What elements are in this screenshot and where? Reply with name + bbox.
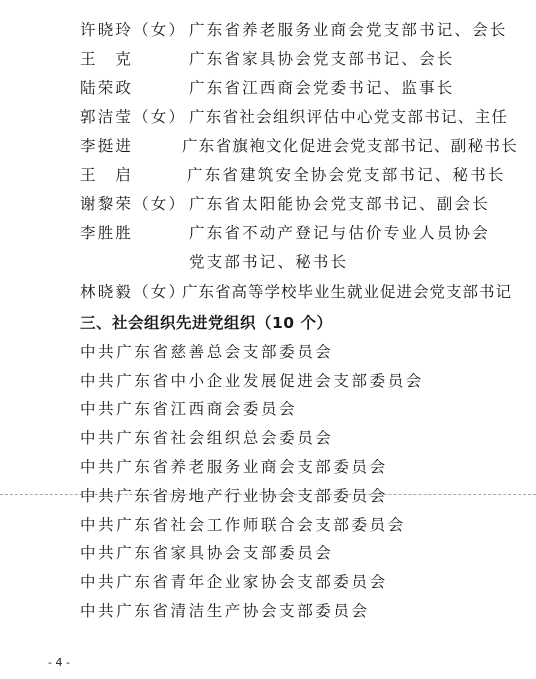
member-name: 王 克 <box>80 49 133 69</box>
member-title: 广东省不动产登记与估价专业人员协会 <box>189 223 490 243</box>
org-item: 中共广东省养老服务业商会支部委员会 <box>80 457 388 477</box>
org-item: 中共广东省青年企业家协会支部委员会 <box>80 572 388 592</box>
member-title: 广东省建筑安全协会党支部书记、秘书长 <box>187 165 506 185</box>
member-title: 广东省江西商会党委书记、监事长 <box>189 78 455 98</box>
member-title: 广东省高等学校毕业生就业促进会党支部书记 <box>182 282 512 302</box>
org-item: 中共广东省清洁生产协会支部委员会 <box>80 601 370 621</box>
document-page: 许晓玲（女） 广东省养老服务业商会党支部书记、会长 王 克 广东省家具协会党支部… <box>0 0 536 679</box>
org-item: 中共广东省房地产行业协会支部委员会 <box>80 486 388 506</box>
page-number: - 4 - <box>48 656 70 670</box>
org-item: 中共广东省社会工作师联合会支部委员会 <box>80 515 406 535</box>
member-title: 广东省社会组织评估中心党支部书记、主任 <box>189 107 508 127</box>
org-item: 中共广东省家具协会支部委员会 <box>80 543 333 563</box>
member-title: 广东省养老服务业商会党支部书记、会长 <box>189 20 508 40</box>
member-name: 李挺进 <box>80 136 133 156</box>
member-name: 郭洁莹（女） <box>80 107 186 127</box>
member-name: 林晓毅（女） <box>80 282 186 302</box>
member-title: 广东省太阳能协会党支部书记、副会长 <box>189 194 490 214</box>
org-item: 中共广东省中小企业发展促进会支部委员会 <box>80 371 424 391</box>
member-title: 广东省旗袍文化促进会党支部书记、副秘书长 <box>182 136 518 156</box>
member-name: 陆荣政 <box>80 78 133 98</box>
org-item: 中共广东省江西商会委员会 <box>80 399 297 419</box>
member-name: 李胜胜 <box>80 223 133 243</box>
section-heading: 三、社会组织先进党组织（10 个） <box>80 313 332 333</box>
org-item: 中共广东省社会组织总会委员会 <box>80 428 333 448</box>
org-item: 中共广东省慈善总会支部委员会 <box>80 342 333 362</box>
member-name: 许晓玲（女） <box>80 20 186 40</box>
member-name: 王 启 <box>80 165 133 185</box>
member-title: 广东省家具协会党支部书记、会长 <box>189 49 455 69</box>
member-title-continuation: 党支部书记、秘书长 <box>189 252 348 272</box>
member-name: 谢黎荣（女） <box>80 194 186 214</box>
